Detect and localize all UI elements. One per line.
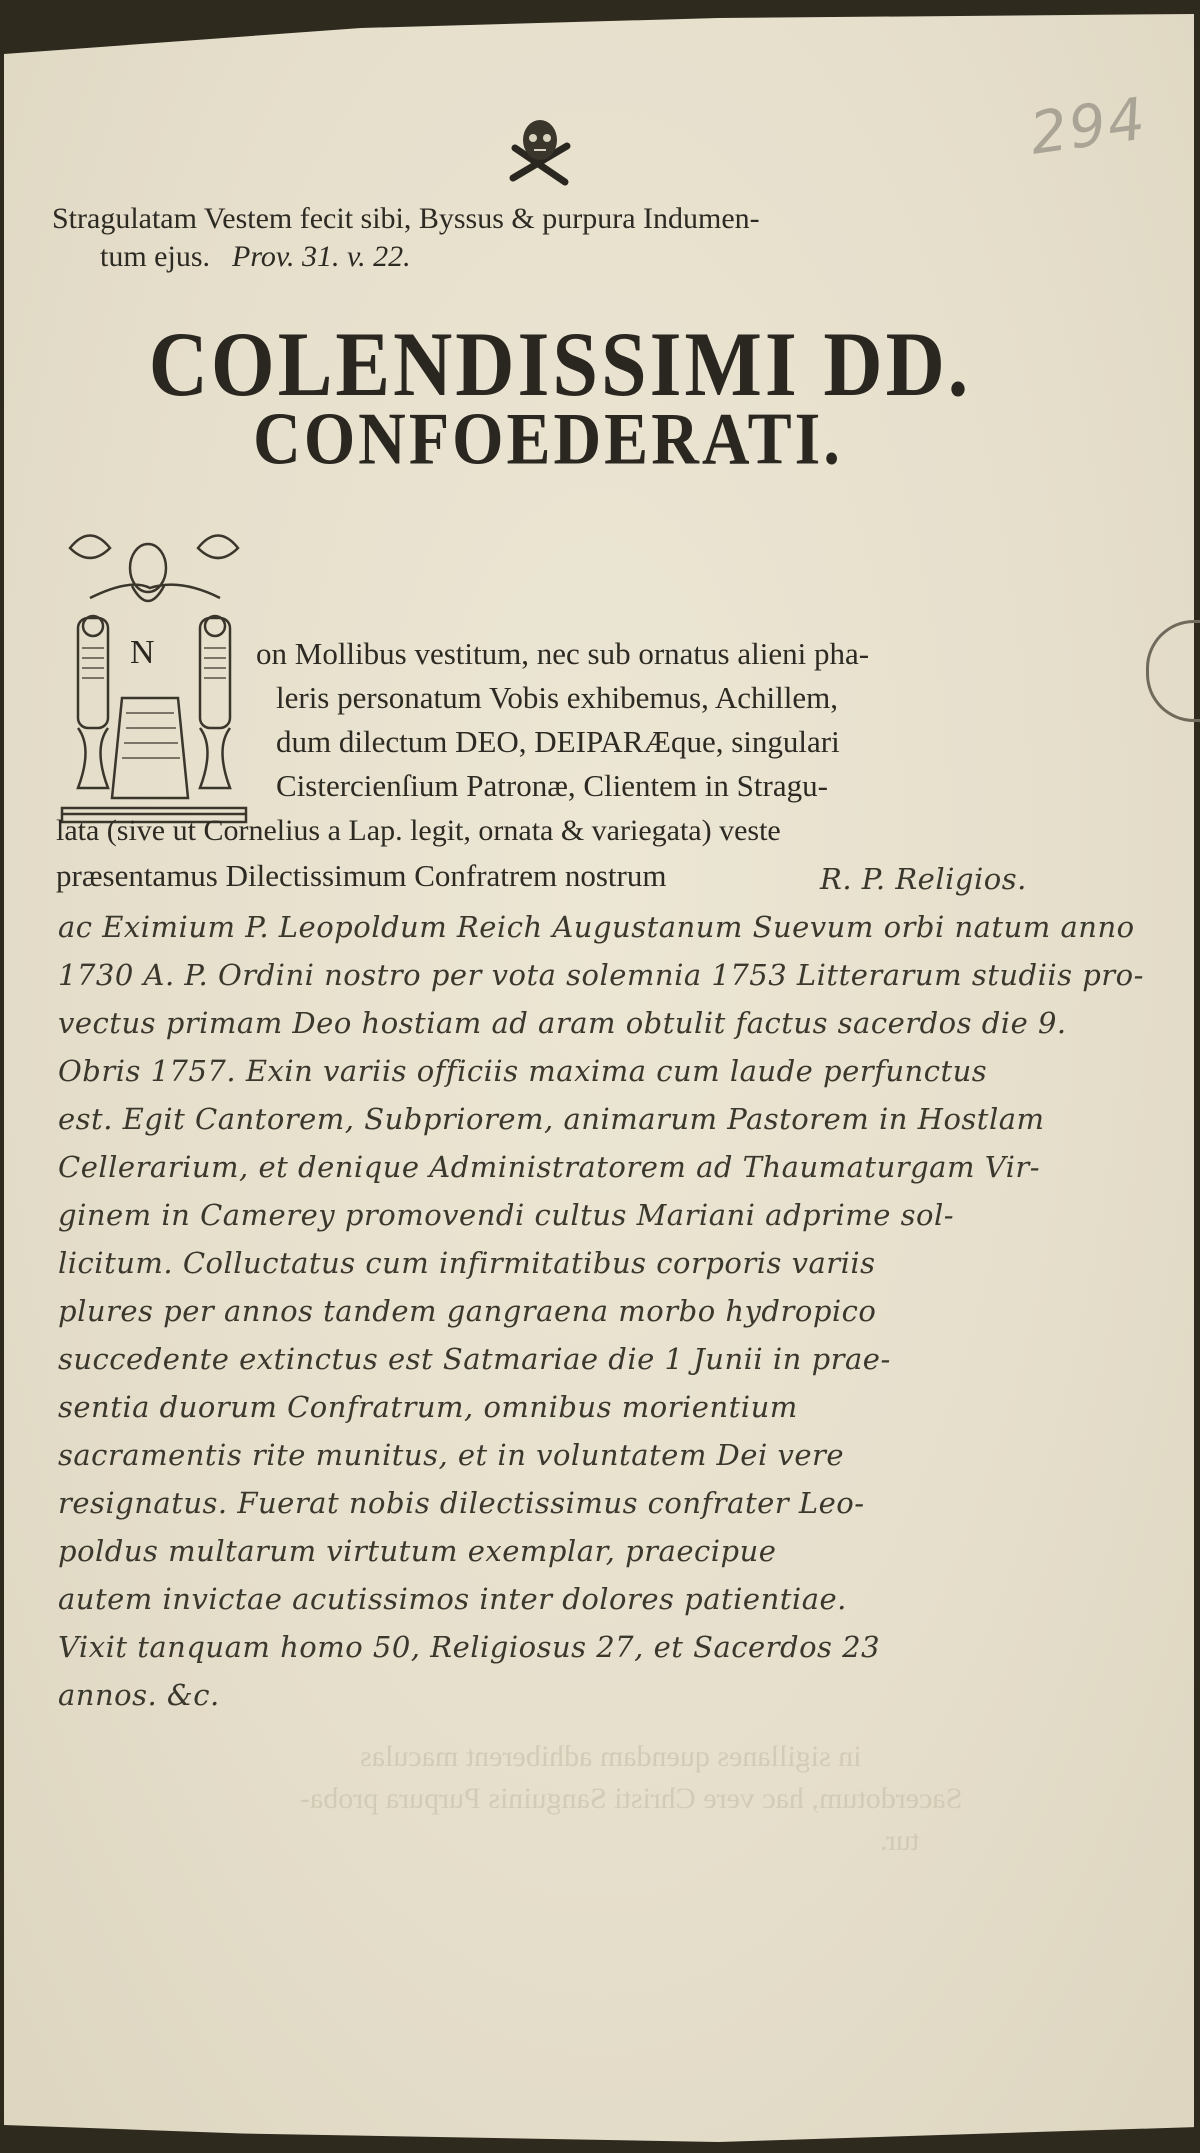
handwritten-line: ginem in Camerey promovendi cultus Maria…	[58, 1198, 954, 1232]
ghost-line: in sigillanes quendam adhiberent maculas	[360, 1740, 862, 1774]
handwritten-line: est. Egit Cantorem, Subpriorem, animarum…	[58, 1102, 1045, 1136]
printed-line: dum dilectum DEO, DEIPARÆque, singulari	[276, 724, 840, 760]
handwritten-line: R. P. Religios.	[820, 862, 1027, 896]
handwritten-line: Vixit tanquam homo 50, Religiosus 27, et…	[58, 1630, 880, 1664]
handwritten-line: sacramentis rite munitus, et in voluntat…	[58, 1438, 844, 1472]
handwritten-line: resignatus. Fuerat nobis dilectissimus c…	[58, 1486, 865, 1520]
printed-line: leris personatum Vobis exhibemus, Achill…	[276, 680, 838, 716]
handwritten-line: Obris 1757. Exin variis officiis maxima …	[58, 1054, 987, 1088]
handwritten-line: poldus multarum virtutum exemplar, praec…	[58, 1534, 776, 1568]
motto-quote: Stragulatam Vestem fecit sibi, Byssus & …	[52, 200, 1052, 276]
handwritten-line: plures per annos tandem gangraena morbo …	[58, 1294, 876, 1328]
handwritten-line: sentia duorum Confratrum, omnibus morien…	[58, 1390, 798, 1424]
handwritten-line: annos. &c.	[58, 1678, 220, 1712]
printed-line: on Mollibus vestitum, nec sub ornatus al…	[256, 636, 869, 672]
handwritten-line: ac Eximium P. Leopoldum Reich Augustanum…	[58, 910, 1135, 944]
handwritten-line: 1730 A. P. Ordini nostro per vota solemn…	[58, 958, 1144, 992]
printed-line: lata (sive ut Cornelius a Lap. legit, or…	[56, 814, 781, 848]
handwritten-line: autem invictae acutissimos inter dolores…	[58, 1582, 847, 1616]
motto-line-2: tum ejus.	[100, 240, 210, 273]
handwritten-line: succedente extinctus est Satmariae die 1…	[58, 1342, 891, 1376]
printed-line: præsentamus Dilectissimum Confratrem nos…	[56, 858, 666, 894]
printed-line: Cistercienſium Patronæ, Clientem in Stra…	[276, 768, 828, 804]
ghost-line: Sacerdotum, hac vere Christi Sanguinis P…	[300, 1782, 962, 1816]
title-line-2: CONFOEDERATI.	[0, 397, 1148, 482]
ghost-line: tur.	[880, 1824, 919, 1858]
motto-line-1: Stragulatam Vestem fecit sibi, Byssus & …	[52, 202, 760, 235]
decorated-initial-woodcut: N	[60, 508, 248, 828]
handwritten-line: vectus primam Deo hostiam ad aram obtuli…	[58, 1006, 1067, 1040]
handwritten-line: licitum. Colluctatus cum infirmitatibus …	[58, 1246, 876, 1280]
handwritten-line: Cellerarium, et denique Administratorem …	[58, 1150, 1040, 1184]
motto-reference: Prov. 31. v. 22.	[232, 240, 411, 273]
svg-text:N: N	[130, 634, 155, 671]
skull-crossbones-icon	[503, 112, 577, 192]
